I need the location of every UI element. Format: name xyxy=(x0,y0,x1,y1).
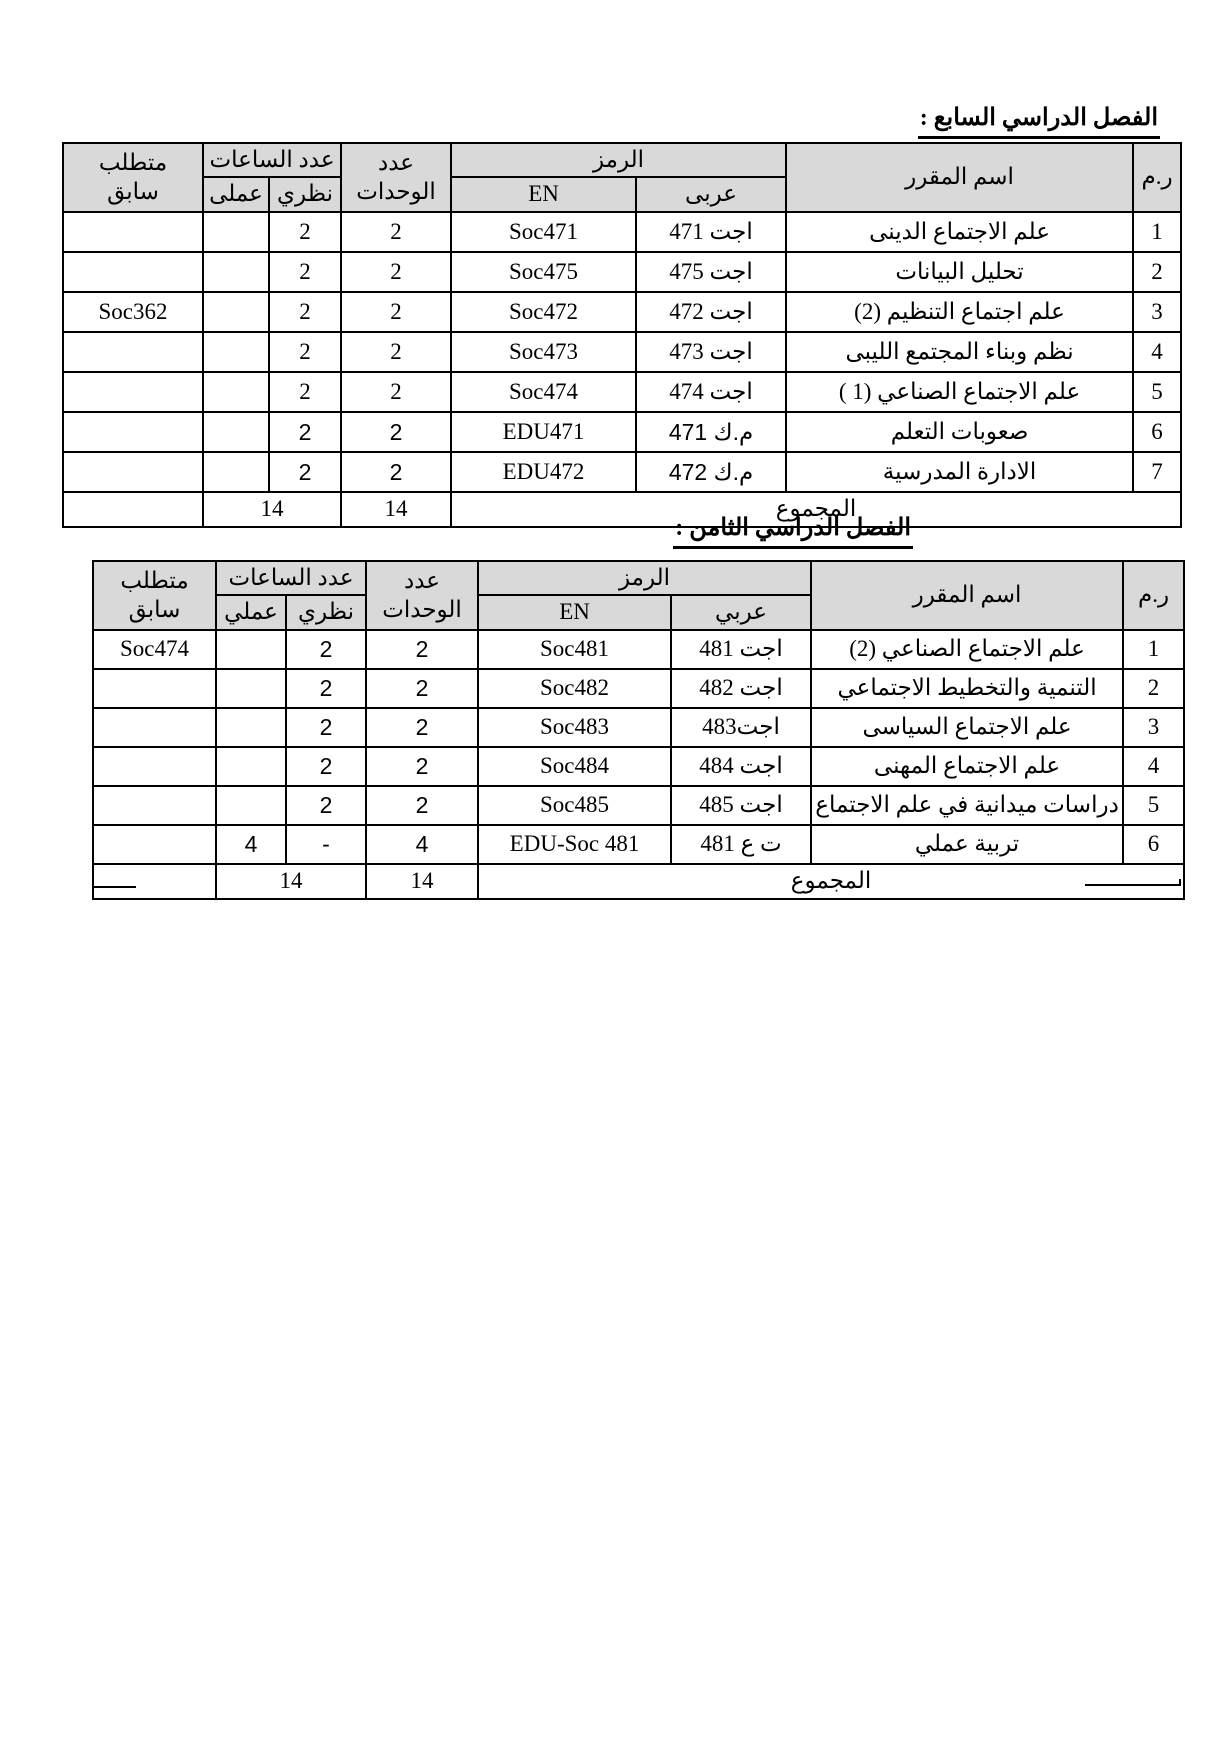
total-units: 14 xyxy=(366,864,478,899)
table-row: 6 تربية عملي ت ع 481 EDU-Soc 481 4 - 4 xyxy=(93,825,1184,864)
cell-prereq xyxy=(63,212,203,252)
cell-num: 7 xyxy=(1133,452,1181,492)
cell-course-name: الادارة المدرسية xyxy=(786,452,1133,492)
semester-8-table: ر.م اسم المقرر الرمز عدد الوحدات عدد الس… xyxy=(92,560,1185,900)
cell-prereq xyxy=(63,332,203,372)
cell-prereq xyxy=(93,786,216,825)
table-row: 7 الادارة المدرسية م.ك 472 EDU472 2 2 xyxy=(63,452,1181,492)
table-border-gap xyxy=(1087,879,1179,883)
cell-code-arabic: اجت 474 xyxy=(636,372,786,412)
cell-practical-hours xyxy=(203,372,269,412)
cell-code-en: Soc481 xyxy=(478,630,671,669)
table-row: 5 دراسات ميدانية في علم الاجتماع اجت 485… xyxy=(93,786,1184,825)
cell-prereq xyxy=(63,372,203,412)
cell-code-en: Soc473 xyxy=(451,332,636,372)
header-units-line2: الوحدات xyxy=(382,597,462,622)
total-row: المجموع 14 14 xyxy=(93,864,1184,899)
cell-course-name: نظم وبناء المجتمع الليبى xyxy=(786,332,1133,372)
cell-prereq xyxy=(63,452,203,492)
cell-practical-hours xyxy=(203,252,269,292)
table-row: 3 علم اجتماع التنظيم (2) اجت 472 Soc472 … xyxy=(63,292,1181,332)
header-num: ر.م xyxy=(1123,561,1184,630)
header-prereq-line1: متطلب xyxy=(99,150,167,175)
cell-code-arabic: م.ك 471 xyxy=(636,412,786,452)
total-prereq-empty xyxy=(93,864,216,899)
cell-prereq xyxy=(93,669,216,708)
total-units: 14 xyxy=(341,492,451,527)
header-units: عدد الوحدات xyxy=(366,561,478,630)
total-hours: 14 xyxy=(203,492,341,527)
cell-num: 1 xyxy=(1123,630,1184,669)
cell-units: 2 xyxy=(366,708,478,747)
header-hours-practical: عملى xyxy=(203,177,269,212)
cell-num: 6 xyxy=(1133,412,1181,452)
cell-theory-hours: 2 xyxy=(269,252,341,292)
cell-num: 6 xyxy=(1123,825,1184,864)
cell-units: 2 xyxy=(341,332,451,372)
cell-num: 2 xyxy=(1133,252,1181,292)
document-page: الفصل الدراسي السابع : ر.م اسم المقرر ال… xyxy=(0,0,1228,1737)
semester-7-title: الفصل الدراسي السابع : xyxy=(918,104,1160,139)
cell-practical-hours xyxy=(216,708,286,747)
cell-units: 2 xyxy=(341,372,451,412)
cell-num: 4 xyxy=(1123,747,1184,786)
cell-code-arabic: اجت 472 xyxy=(636,292,786,332)
header-course-name: اسم المقرر xyxy=(786,143,1133,212)
header-units: عدد الوحدات xyxy=(341,143,451,212)
cell-practical-hours xyxy=(203,212,269,252)
cell-prereq: Soc474 xyxy=(93,630,216,669)
cell-prereq xyxy=(63,252,203,292)
cell-course-name: تربية عملي xyxy=(811,825,1123,864)
table-header-row: ر.م اسم المقرر الرمز عدد الوحدات عدد الس… xyxy=(63,143,1181,177)
header-units-line1: عدد xyxy=(404,568,440,593)
cell-prereq xyxy=(93,747,216,786)
header-code-en: EN xyxy=(478,595,671,630)
table-row: 1 علم الاجتماع الصناعي (2) اجت 481 Soc48… xyxy=(93,630,1184,669)
cell-num: 4 xyxy=(1133,332,1181,372)
header-prereq: متطلب سابق xyxy=(63,143,203,212)
table-row: 3 علم الاجتماع السياسى اجت483 Soc483 2 2 xyxy=(93,708,1184,747)
cell-practical-hours xyxy=(216,630,286,669)
table-border-artifact xyxy=(1085,884,1181,886)
cell-code-en: Soc475 xyxy=(451,252,636,292)
cell-code-en: Soc472 xyxy=(451,292,636,332)
table-row: 4 نظم وبناء المجتمع الليبى اجت 473 Soc47… xyxy=(63,332,1181,372)
table-row: 5 علم الاجتماع الصناعي (1 ) اجت 474 Soc4… xyxy=(63,372,1181,412)
cell-code-arabic: ت ع 481 xyxy=(671,825,811,864)
cell-theory-hours: 2 xyxy=(286,747,366,786)
header-prereq-line1: متطلب xyxy=(120,568,188,593)
cell-practical-hours xyxy=(203,332,269,372)
cell-theory-hours: - xyxy=(286,825,366,864)
header-hours-group: عدد الساعات xyxy=(203,143,341,177)
cell-practical-hours xyxy=(203,452,269,492)
cell-course-name: علم الاجتماع السياسى xyxy=(811,708,1123,747)
cell-course-name: تحليل البيانات xyxy=(786,252,1133,292)
cell-code-arabic: اجت 475 xyxy=(636,252,786,292)
cell-units: 4 xyxy=(366,825,478,864)
cell-practical-hours xyxy=(216,669,286,708)
total-hours: 14 xyxy=(216,864,366,899)
header-hours-theory: نظري xyxy=(286,595,366,630)
cell-units: 2 xyxy=(341,412,451,452)
cell-code-arabic: م.ك 472 xyxy=(636,452,786,492)
cell-code-en: Soc471 xyxy=(451,212,636,252)
table-row: 4 علم الاجتماع المهنى اجت 484 Soc484 2 2 xyxy=(93,747,1184,786)
table-row: 2 التنمية والتخطيط الاجتماعي اجت 482 Soc… xyxy=(93,669,1184,708)
cell-num: 3 xyxy=(1123,708,1184,747)
cell-code-en: EDU-Soc 481 xyxy=(478,825,671,864)
cell-course-name: دراسات ميدانية في علم الاجتماع xyxy=(811,786,1123,825)
semester-7-table: ر.م اسم المقرر الرمز عدد الوحدات عدد الس… xyxy=(62,142,1182,528)
header-hours-group: عدد الساعات xyxy=(216,561,366,595)
cell-practical-hours xyxy=(216,747,286,786)
header-prereq-line2: سابق xyxy=(129,597,181,622)
cell-code-arabic: اجت 485 xyxy=(671,786,811,825)
cell-practical-hours xyxy=(203,412,269,452)
cell-course-name: علم اجتماع التنظيم (2) xyxy=(786,292,1133,332)
cell-theory-hours: 2 xyxy=(286,786,366,825)
cell-course-name: التنمية والتخطيط الاجتماعي xyxy=(811,669,1123,708)
cell-code-arabic: اجت483 xyxy=(671,708,811,747)
cell-units: 2 xyxy=(366,630,478,669)
header-units-line1: عدد xyxy=(378,150,414,175)
cell-code-en: Soc484 xyxy=(478,747,671,786)
cell-num: 5 xyxy=(1123,786,1184,825)
cell-course-name: صعوبات التعلم xyxy=(786,412,1133,452)
header-code-arabic: عربي xyxy=(671,595,811,630)
header-code-group: الرمز xyxy=(478,561,811,595)
cell-code-arabic: اجت 471 xyxy=(636,212,786,252)
header-prereq-line2: سابق xyxy=(107,179,159,204)
cell-code-arabic: اجت 481 xyxy=(671,630,811,669)
cell-num: 5 xyxy=(1133,372,1181,412)
header-hours-theory: نظري xyxy=(269,177,341,212)
cell-units: 2 xyxy=(341,252,451,292)
cell-practical-hours: 4 xyxy=(216,825,286,864)
header-code-arabic: عربى xyxy=(636,177,786,212)
total-label: المجموع xyxy=(478,864,1184,899)
cell-prereq: Soc362 xyxy=(63,292,203,332)
cell-code-en: Soc474 xyxy=(451,372,636,412)
cell-course-name: علم الاجتماع الدينى xyxy=(786,212,1133,252)
table-row: 2 تحليل البيانات اجت 475 Soc475 2 2 xyxy=(63,252,1181,292)
cell-theory-hours: 2 xyxy=(269,452,341,492)
cell-code-arabic: اجت 473 xyxy=(636,332,786,372)
table-row: 1 علم الاجتماع الدينى اجت 471 Soc471 2 2 xyxy=(63,212,1181,252)
cell-theory-hours: 2 xyxy=(286,708,366,747)
semester-8-title: الفصل الدراسي الثامن : xyxy=(673,514,913,549)
table-row: 6 صعوبات التعلم م.ك 471 EDU471 2 2 xyxy=(63,412,1181,452)
header-num: ر.م xyxy=(1133,143,1181,212)
cell-practical-hours xyxy=(216,786,286,825)
header-code-group: الرمز xyxy=(451,143,786,177)
cell-num: 2 xyxy=(1123,669,1184,708)
cell-course-name: علم الاجتماع المهنى xyxy=(811,747,1123,786)
cell-code-en: Soc482 xyxy=(478,669,671,708)
cell-theory-hours: 2 xyxy=(269,212,341,252)
cell-code-en: EDU472 xyxy=(451,452,636,492)
header-course-name: اسم المقرر xyxy=(811,561,1123,630)
cell-code-en: EDU471 xyxy=(451,412,636,452)
cell-theory-hours: 2 xyxy=(269,332,341,372)
total-row: المجموع 14 14 xyxy=(63,492,1181,527)
header-hours-practical: عملي xyxy=(216,595,286,630)
cell-code-arabic: اجت 482 xyxy=(671,669,811,708)
cell-practical-hours xyxy=(203,292,269,332)
header-prereq: متطلب سابق xyxy=(93,561,216,630)
cell-theory-hours: 2 xyxy=(269,412,341,452)
total-prereq-empty xyxy=(63,492,203,527)
cell-theory-hours: 2 xyxy=(286,630,366,669)
cell-units: 2 xyxy=(366,786,478,825)
cell-units: 2 xyxy=(366,747,478,786)
header-units-line2: الوحدات xyxy=(356,179,436,204)
cell-course-name: علم الاجتماع الصناعي (1 ) xyxy=(786,372,1133,412)
cell-code-en: Soc483 xyxy=(478,708,671,747)
cell-theory-hours: 2 xyxy=(269,372,341,412)
table-border-artifact xyxy=(92,886,136,888)
cell-units: 2 xyxy=(341,212,451,252)
cell-theory-hours: 2 xyxy=(286,669,366,708)
cell-prereq xyxy=(63,412,203,452)
cell-units: 2 xyxy=(341,452,451,492)
cell-code-arabic: اجت 484 xyxy=(671,747,811,786)
cell-theory-hours: 2 xyxy=(269,292,341,332)
cell-num: 3 xyxy=(1133,292,1181,332)
cell-course-name: علم الاجتماع الصناعي (2) xyxy=(811,630,1123,669)
cell-code-en: Soc485 xyxy=(478,786,671,825)
cell-prereq xyxy=(93,825,216,864)
cell-units: 2 xyxy=(341,292,451,332)
cell-num: 1 xyxy=(1133,212,1181,252)
cell-prereq xyxy=(93,708,216,747)
cell-units: 2 xyxy=(366,669,478,708)
table-header-row: ر.م اسم المقرر الرمز عدد الوحدات عدد الس… xyxy=(93,561,1184,595)
header-code-en: EN xyxy=(451,177,636,212)
